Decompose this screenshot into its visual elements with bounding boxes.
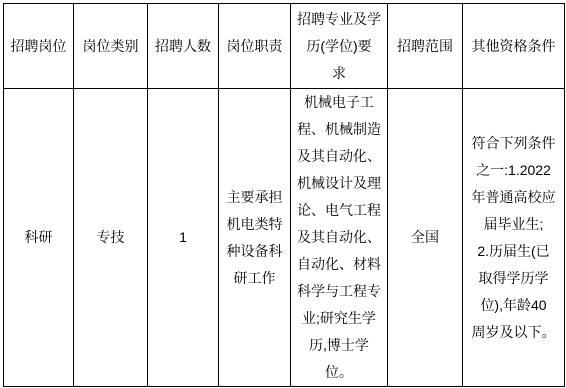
- cell-category: 专技: [74, 89, 148, 387]
- header-duty: 岗位职责: [219, 4, 291, 89]
- cell-duty: 主要承担 机电类特 种设备科 研工作: [219, 89, 291, 387]
- cell-headcount: 1: [148, 89, 219, 387]
- cell-other-conditions: 符合下列条件 之一:1.2022 年普通高校应 届毕业生; 2.历届生(已 取得…: [463, 89, 565, 387]
- header-position: 招聘岗位: [4, 4, 74, 89]
- cell-position: 科研: [4, 89, 74, 387]
- header-category: 岗位类别: [74, 4, 148, 89]
- cell-scope: 全国: [388, 89, 463, 387]
- table-row: 科研 专技 1 主要承担 机电类特 种设备科 研工作 机械电子工 程、机械制造 …: [4, 89, 565, 387]
- header-scope: 招聘范围: [388, 4, 463, 89]
- recruitment-table-container: 招聘岗位 岗位类别 招聘人数 岗位职责 招聘专业及学 历(学位)要 求 招聘范围…: [3, 3, 565, 387]
- header-major-requirement: 招聘专业及学 历(学位)要 求: [291, 4, 388, 89]
- header-other-conditions: 其他资格条件: [463, 4, 565, 89]
- cell-major-requirement: 机械电子工 程、机械制造 及其自动化、 机械设计及理 论、电气工程 及其自动化、…: [291, 89, 388, 387]
- recruitment-table: 招聘岗位 岗位类别 招聘人数 岗位职责 招聘专业及学 历(学位)要 求 招聘范围…: [3, 3, 565, 387]
- header-headcount: 招聘人数: [148, 4, 219, 89]
- table-header-row: 招聘岗位 岗位类别 招聘人数 岗位职责 招聘专业及学 历(学位)要 求 招聘范围…: [4, 4, 565, 89]
